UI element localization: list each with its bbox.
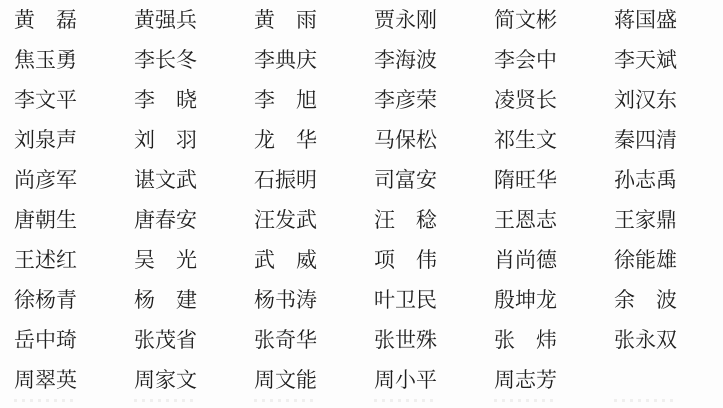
person-name: 王家鼎 [614,210,677,231]
person-name: 王述红 [14,250,77,271]
person-name: 贾永刚 [374,10,437,31]
person-name: 唐朝生 [14,210,77,231]
person-name: 周小平 [374,370,437,391]
person-name: 汪 稔 [374,210,437,231]
person-name: 殷坤龙 [494,290,557,311]
person-name: 叶卫民 [374,290,437,311]
person-name: 张奇华 [254,330,317,351]
person-name: 张茂省 [134,330,197,351]
person-name: 祁生文 [494,130,557,151]
person-name: 龙 华 [254,130,317,151]
person-name: 张世殊 [374,330,437,351]
person-name: 孙志禹 [614,170,677,191]
person-name: 肖尚德 [494,250,557,271]
person-name: 刘泉声 [14,130,77,151]
person-name: 岳中琦 [14,330,77,351]
person-name: 周志芳 [494,370,557,391]
person-name: 李彦荣 [374,90,437,111]
person-name: 李 旭 [254,90,317,111]
name-row: 唐朝生唐春安汪发武汪 稔王恩志王家鼎 [14,200,723,240]
person-name: 李 晓 [134,90,197,111]
person-name: 黄强兵 [134,10,197,31]
person-name: 武 威 [254,250,317,271]
name-row: 刘泉声刘 羽龙 华马保松祁生文秦四清 [14,120,723,160]
person-name: 李会中 [494,50,557,71]
person-name: 余 波 [614,290,677,311]
person-name: 周文能 [254,370,317,391]
person-name: 李天斌 [614,50,677,71]
person-name: 李文平 [14,90,77,111]
person-name: 李海波 [374,50,437,71]
person-name: 刘汉东 [614,90,677,111]
person-name: 吴 光 [134,250,197,271]
name-row: 周翠英周家文周文能周小平周志芳 [14,360,723,400]
person-name: 项 伟 [374,250,437,271]
name-row: 尚彦军谌文武石振明司富安隋旺华孙志禹 [14,160,723,200]
clipped-text-fragment [494,399,557,402]
person-name: 黄 磊 [14,10,77,31]
person-name: 石振明 [254,170,317,191]
person-name: 李长冬 [134,50,197,71]
person-name: 周翠英 [14,370,77,391]
person-name: 谌文武 [134,170,197,191]
person-name: 简文彬 [494,10,557,31]
person-name: 凌贤长 [494,90,557,111]
person-name: 马保松 [374,130,437,151]
name-row: 王述红吴 光武 威项 伟肖尚德徐能雄 [14,240,723,280]
person-name: 李典庆 [254,50,317,71]
person-name: 杨书涛 [254,290,317,311]
clipped-text-fragment [254,399,317,402]
person-name: 隋旺华 [494,170,557,191]
person-name: 徐杨青 [14,290,77,311]
person-name: 徐能雄 [614,250,677,271]
person-name: 焦玉勇 [14,50,77,71]
person-name: 黄 雨 [254,10,317,31]
person-name: 王恩志 [494,210,557,231]
person-name: 汪发武 [254,210,317,231]
name-row: 焦玉勇李长冬李典庆李海波李会中李天斌 [14,40,723,80]
person-name: 周家文 [134,370,197,391]
document-page: 黄 磊黄强兵黄 雨贾永刚简文彬蒋国盛焦玉勇李长冬李典庆李海波李会中李天斌李文平李… [0,0,723,408]
person-name: 秦四清 [614,130,677,151]
person-name: 唐春安 [134,210,197,231]
name-row: 徐杨青杨 建杨书涛叶卫民殷坤龙余 波 [14,280,723,320]
name-row: 李文平李 晓李 旭李彦荣凌贤长刘汉东 [14,80,723,120]
clipped-text-fragment [134,399,197,402]
person-name: 尚彦军 [14,170,77,191]
name-row: 黄 磊黄强兵黄 雨贾永刚简文彬蒋国盛 [14,0,723,40]
clipped-text-fragment [374,399,437,402]
person-name: 张永双 [614,330,677,351]
clipped-text-fragment [14,399,77,402]
name-row: 岳中琦张茂省张奇华张世殊张 炜张永双 [14,320,723,360]
clipped-text-fragment [614,399,677,402]
person-name: 刘 羽 [134,130,197,151]
person-name: 司富安 [374,170,437,191]
person-name: 杨 建 [134,290,197,311]
person-name: 张 炜 [494,330,557,351]
person-name: 蒋国盛 [614,10,677,31]
clipped-next-row-edge [14,399,723,403]
name-grid: 黄 磊黄强兵黄 雨贾永刚简文彬蒋国盛焦玉勇李长冬李典庆李海波李会中李天斌李文平李… [0,0,723,400]
